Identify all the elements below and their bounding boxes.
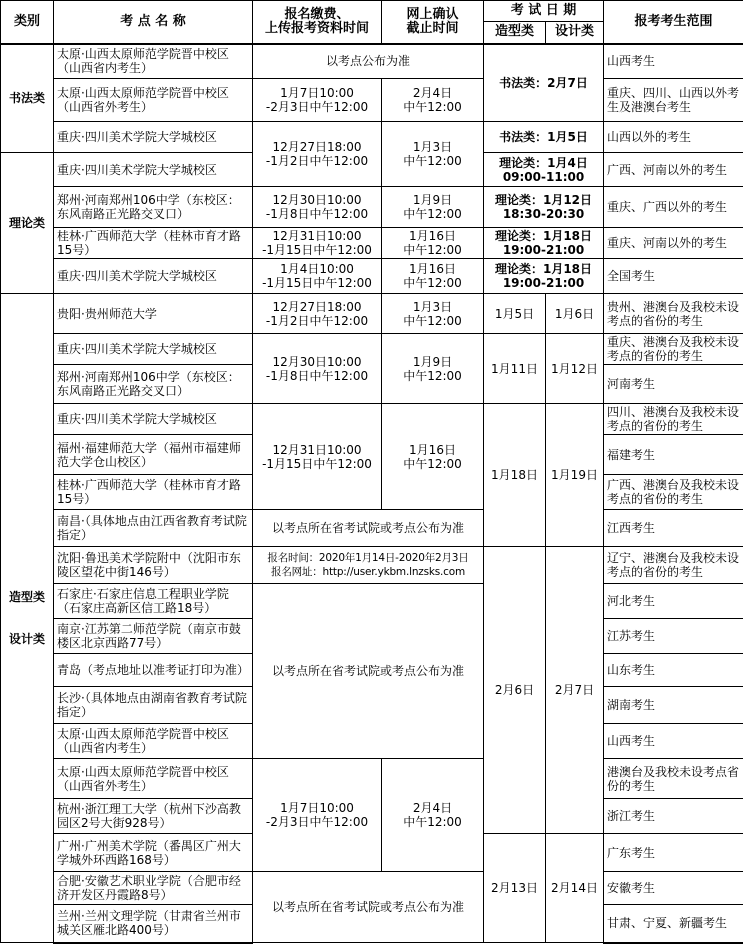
- candidate-scope-cell: 重庆、广西以外的考生: [604, 187, 743, 228]
- exam-site-cell: 桂林·广西师范大学（桂林市育才路15号）: [54, 228, 253, 259]
- table-row: 书法类太原·山西太原师范学院晋中校区（山西省内考生）以考点公布为准书法类：2月7…: [1, 44, 743, 79]
- table-row: 合肥·安徽艺术职业学院（合肥市经济开发区丹霞路8号）以考点所在省考试院或考点公布…: [1, 872, 743, 905]
- candidate-scope-cell: 广西、港澳台及我校未设考点的省份的考生: [604, 475, 743, 510]
- exam-site-cell: 石家庄·石家庄信息工程职业学院（石家庄高新区信工路18号）: [54, 584, 253, 619]
- exam-site-cell: 合肥·安徽艺术职业学院（合肥市经济开发区丹霞路8号）: [54, 872, 253, 905]
- exam-date-design-cell: 2月7日: [546, 547, 604, 834]
- exam-site-cell: 重庆·四川美术学院大学城校区: [54, 404, 253, 435]
- table-row: 重庆·四川美术学院大学城校区12月27日18:00 -1月2日中午12:001月…: [1, 122, 743, 153]
- candidate-scope-cell: 福建考生: [604, 435, 743, 475]
- header-exam-date-modeling: 造型类: [484, 22, 546, 44]
- candidate-scope-cell: 浙江考生: [604, 799, 743, 834]
- table-row: 重庆·四川美术学院大学城校区1月4日10:00 -1月15日中午12:001月1…: [1, 259, 743, 294]
- candidate-scope-cell: 山西以外的考生: [604, 122, 743, 153]
- exam-site-cell: 广州·广州美术学院（番禺区广州大学城外环西路168号）: [54, 834, 253, 872]
- confirmation-deadline-cell: 1月16日 中午12:00: [382, 404, 484, 510]
- exam-site-cell: 重庆·四川美术学院大学城校区: [54, 122, 253, 153]
- candidate-scope-cell: 港澳台及我校未设考点省份的考生: [604, 759, 743, 799]
- category-cell: 书法类: [1, 44, 54, 153]
- candidate-scope-cell: 安徽考生: [604, 872, 743, 905]
- registration-time-cell: 12月27日18:00 -1月2日中午12:00: [253, 122, 382, 187]
- candidate-scope-cell: 重庆、港澳台及我校未设考点的省份的考生: [604, 334, 743, 365]
- exam-site-cell: 长沙·（具体地点由湖南省教育考试院指定）: [54, 687, 253, 724]
- registration-time-cell: 1月7日10:00 -2月3日中午12:00: [253, 79, 382, 122]
- confirmation-deadline-cell: 2月4日 中午12:00: [382, 79, 484, 122]
- header-candidate-scope: 报考考生范围: [604, 1, 743, 44]
- table-row: 重庆·四川美术学院大学城校区12月30日10:00 -1月8日中午12:001月…: [1, 334, 743, 365]
- exam-site-cell: 桂林·广西师范大学（桂林市育才路15号）: [54, 475, 253, 510]
- table-row: 桂林·广西师范大学（桂林市育才路15号）12月31日10:00 -1月15日中午…: [1, 228, 743, 259]
- exam-date-modeling-cell: 1月5日: [484, 294, 546, 334]
- header-site-name: 考 点 名 称: [54, 1, 253, 44]
- registration-time-cell: 1月4日10:00 -1月15日中午12:00: [253, 259, 382, 294]
- exam-site-cell: 重庆·四川美术学院大学城校区: [54, 334, 253, 365]
- note-cell: 以考点所在省考试院或考点公布为准: [253, 510, 484, 547]
- candidate-scope-cell: 广东考生: [604, 834, 743, 872]
- confirmation-deadline-cell: 1月9日 中午12:00: [382, 334, 484, 404]
- exam-date-design-cell: 1月19日: [546, 404, 604, 547]
- candidate-scope-cell: 四川、港澳台及我校未设考点的省份的考生: [604, 404, 743, 435]
- exam-date-cell: 书法类：1月5日: [484, 122, 604, 153]
- note-cell: 报名时间：2020年1月14日-2020年2月3日 报名网址：http://us…: [253, 547, 484, 584]
- exam-schedule-table: 类别 考 点 名 称 报名缴费、 上传报考资料时间 网上确认 截止时间 考 试 …: [0, 0, 743, 944]
- exam-date-modeling-cell: 2月6日: [484, 547, 546, 834]
- registration-time-cell: 12月30日10:00 -1月8日中午12:00: [253, 187, 382, 228]
- registration-time-cell: 12月31日10:00 -1月15日中午12:00: [253, 404, 382, 510]
- confirmation-deadline-cell: 1月16日 中午12:00: [382, 259, 484, 294]
- exam-date-design-cell: 1月12日: [546, 334, 604, 404]
- candidate-scope-cell: 山东考生: [604, 654, 743, 687]
- candidate-scope-cell: 甘肃、宁夏、新疆考生: [604, 905, 743, 943]
- exam-site-cell: 南昌·（具体地点由江西省教育考试院指定）: [54, 510, 253, 547]
- table-header: 类别 考 点 名 称 报名缴费、 上传报考资料时间 网上确认 截止时间 考 试 …: [1, 1, 743, 44]
- exam-date-cell: 理论类：1月4日 09:00-11:00: [484, 153, 604, 187]
- table-row: 重庆·四川美术学院大学城校区12月31日10:00 -1月15日中午12:001…: [1, 404, 743, 435]
- exam-date-modeling-cell: 1月18日: [484, 404, 546, 547]
- header-exam-date-design: 设计类: [546, 22, 604, 44]
- exam-site-cell: 贵阳·贵州师范大学: [54, 294, 253, 334]
- table-row: 郑州·河南郑州106中学（东校区：东风南路正光路交叉口）12月30日10:00 …: [1, 187, 743, 228]
- exam-site-cell: 兰州·兰州文理学院（甘肃省兰州市城关区雁北路400号）: [54, 905, 253, 943]
- category-cell: 造型类 设计类: [1, 294, 54, 943]
- table-body: 书法类太原·山西太原师范学院晋中校区（山西省内考生）以考点公布为准书法类：2月7…: [1, 44, 743, 943]
- candidate-scope-cell: 辽宁、港澳台及我校未设考点的省份的考生: [604, 547, 743, 584]
- note-cell: 以考点所在省考试院或考点公布为准: [253, 584, 484, 759]
- candidate-scope-cell: 广西、河南以外的考生: [604, 153, 743, 187]
- table-row: 造型类 设计类贵阳·贵州师范大学12月27日18:00 -1月2日中午12:00…: [1, 294, 743, 334]
- candidate-scope-cell: 重庆、河南以外的考生: [604, 228, 743, 259]
- registration-time-cell: 12月30日10:00 -1月8日中午12:00: [253, 334, 382, 404]
- exam-date-cell: 理论类：1月12日 18:30-20:30: [484, 187, 604, 228]
- exam-site-cell: 郑州·河南郑州106中学（东校区：东风南路正光路交叉口）: [54, 365, 253, 404]
- exam-site-cell: 沈阳·鲁迅美术学院附中（沈阳市东陵区望花中街146号）: [54, 547, 253, 584]
- confirmation-deadline-cell: 2月4日 中午12:00: [382, 759, 484, 872]
- exam-site-cell: 太原·山西太原师范学院晋中校区（山西省外考生）: [54, 79, 253, 122]
- exam-site-cell: 太原·山西太原师范学院晋中校区（山西省内考生）: [54, 724, 253, 759]
- candidate-scope-cell: 贵州、港澳台及我校未设考点的省份的考生: [604, 294, 743, 334]
- exam-date-design-cell: 1月6日: [546, 294, 604, 334]
- confirmation-deadline-cell: 1月16日 中午12:00: [382, 228, 484, 259]
- candidate-scope-cell: 河北考生: [604, 584, 743, 619]
- confirmation-deadline-cell: 1月3日 中午12:00: [382, 294, 484, 334]
- candidate-scope-cell: 重庆、四川、山西以外考生及港澳台考生: [604, 79, 743, 122]
- confirmation-deadline-cell: 1月3日 中午12:00: [382, 122, 484, 187]
- exam-date-cell: 书法类：2月7日: [484, 44, 604, 122]
- header-confirmation-deadline: 网上确认 截止时间: [382, 1, 484, 44]
- category-cell: 理论类: [1, 153, 54, 294]
- table-row: 沈阳·鲁迅美术学院附中（沈阳市东陵区望花中街146号）报名时间：2020年1月1…: [1, 547, 743, 584]
- header-registration-time: 报名缴费、 上传报考资料时间: [253, 1, 382, 44]
- note-cell: 以考点公布为准: [253, 44, 484, 79]
- exam-date-cell: 理论类：1月18日 19:00-21:00: [484, 228, 604, 259]
- exam-site-cell: 杭州·浙江理工大学（杭州下沙高教园区2号大街928号）: [54, 799, 253, 834]
- exam-site-cell: 福州·福建师范大学（福州市福建师范大学仓山校区）: [54, 435, 253, 475]
- candidate-scope-cell: 山西考生: [604, 44, 743, 79]
- exam-site-cell: 太原·山西太原师范学院晋中校区（山西省内考生）: [54, 44, 253, 79]
- exam-date-modeling-cell: 2月13日: [484, 834, 546, 943]
- candidate-scope-cell: 山西考生: [604, 724, 743, 759]
- registration-time-cell: 12月27日18:00 -1月2日中午12:00: [253, 294, 382, 334]
- table-row: 太原·山西太原师范学院晋中校区（山西省外考生）1月7日10:00 -2月3日中午…: [1, 759, 743, 799]
- exam-site-cell: 郑州·河南郑州106中学（东校区：东风南路正光路交叉口）: [54, 187, 253, 228]
- exam-site-cell: 重庆·四川美术学院大学城校区: [54, 153, 253, 187]
- confirmation-deadline-cell: 1月9日 中午12:00: [382, 187, 484, 228]
- exam-date-cell: 理论类：1月18日 19:00-21:00: [484, 259, 604, 294]
- registration-time-cell: 1月7日10:00 -2月3日中午12:00: [253, 759, 382, 872]
- table-row: 南昌·（具体地点由江西省教育考试院指定）以考点所在省考试院或考点公布为准江西考生: [1, 510, 743, 547]
- exam-site-cell: 重庆·四川美术学院大学城校区: [54, 259, 253, 294]
- table-row: 石家庄·石家庄信息工程职业学院（石家庄高新区信工路18号）以考点所在省考试院或考…: [1, 584, 743, 619]
- candidate-scope-cell: 湖南考生: [604, 687, 743, 724]
- exam-site-cell: 青岛（考点地址以准考证打印为准）: [54, 654, 253, 687]
- header-category: 类别: [1, 1, 54, 44]
- candidate-scope-cell: 江西考生: [604, 510, 743, 547]
- candidate-scope-cell: 河南考生: [604, 365, 743, 404]
- table-row: 太原·山西太原师范学院晋中校区（山西省外考生）1月7日10:00 -2月3日中午…: [1, 79, 743, 122]
- exam-site-cell: 南京·江苏第二师范学院（南京市鼓楼区北京西路77号）: [54, 619, 253, 654]
- candidate-scope-cell: 江苏考生: [604, 619, 743, 654]
- note-cell: 以考点所在省考试院或考点公布为准: [253, 872, 484, 943]
- exam-date-design-cell: 2月14日: [546, 834, 604, 943]
- exam-site-cell: 太原·山西太原师范学院晋中校区（山西省外考生）: [54, 759, 253, 799]
- exam-date-modeling-cell: 1月11日: [484, 334, 546, 404]
- header-exam-date: 考 试 日 期: [484, 1, 604, 22]
- candidate-scope-cell: 全国考生: [604, 259, 743, 294]
- registration-time-cell: 12月31日10:00 -1月15日中午12:00: [253, 228, 382, 259]
